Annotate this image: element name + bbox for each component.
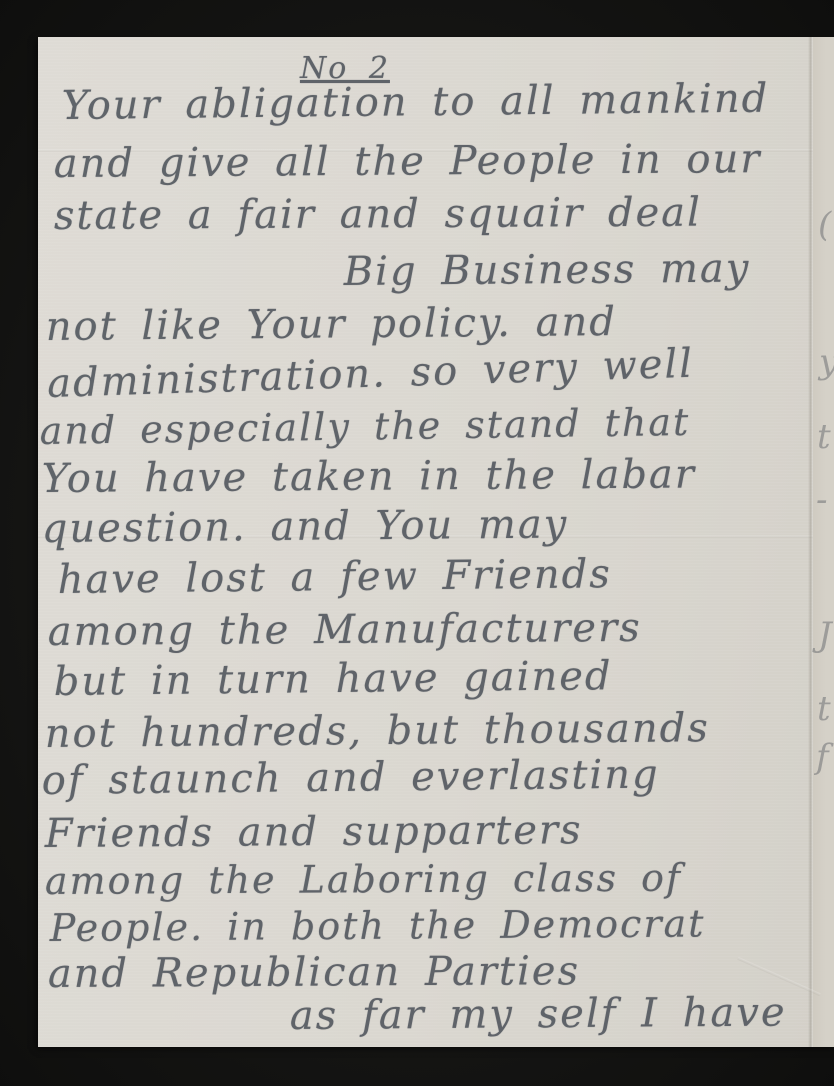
handwriting-line: administration. so very well bbox=[47, 341, 695, 407]
handwriting-line: question. and You may bbox=[42, 501, 569, 552]
handwriting-line: among the Laboring class of bbox=[45, 856, 682, 903]
scan-background: No 2 Your abligation to all mankindand g… bbox=[0, 0, 834, 1086]
page-edge-strip bbox=[813, 37, 834, 1047]
ink-fragment: f bbox=[816, 737, 829, 777]
handwriting-line: not hundreds, but thousands bbox=[45, 705, 710, 757]
ink-fragment: ( bbox=[818, 205, 831, 245]
handwriting-line: and Republican Parties bbox=[48, 948, 580, 997]
handwriting-line: of staunch and everlasting bbox=[42, 752, 660, 804]
handwriting-line: not like Your policy. and bbox=[46, 299, 617, 350]
ink-fragment: - bbox=[816, 480, 828, 520]
handwriting-line: Friends and supparters bbox=[45, 807, 583, 857]
ink-fragment: t bbox=[817, 689, 831, 729]
handwriting-line: and give all the People in our bbox=[54, 136, 762, 187]
handwriting-line: but in turn have gained bbox=[54, 653, 613, 705]
letter-page: No 2 Your abligation to all mankindand g… bbox=[38, 37, 834, 1047]
handwriting-line: Your abligation to all mankind bbox=[62, 76, 770, 129]
handwriting-line: Big Business may bbox=[344, 245, 751, 295]
ink-fragment: y bbox=[819, 342, 834, 382]
handwriting-line: and especially the stand that bbox=[39, 400, 690, 453]
handwriting-line: have lost a few Friends bbox=[58, 551, 612, 603]
handwriting-line: People. in both the Democrat bbox=[50, 901, 706, 950]
handwriting-line: state a fair and squair deal bbox=[54, 190, 702, 239]
ink-fragment: t bbox=[817, 417, 831, 457]
handwriting-line: among the Manufacturers bbox=[48, 605, 642, 655]
handwriting-line: You have taken in the labar bbox=[42, 451, 696, 502]
handwriting-line: as far my self I have bbox=[290, 990, 787, 1039]
ink-fragment: J bbox=[818, 615, 832, 655]
